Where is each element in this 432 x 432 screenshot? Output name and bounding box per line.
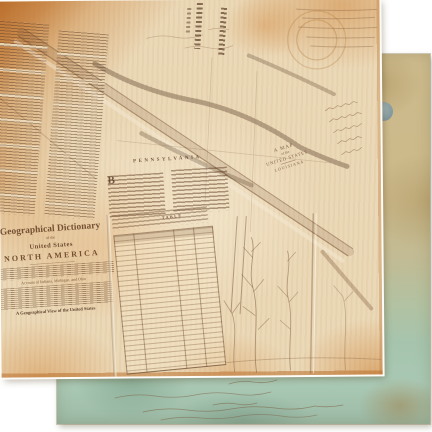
script-marks — [338, 137, 362, 144]
table-grid — [113, 226, 226, 375]
river-engraving — [251, 237, 257, 372]
newspaper-column — [44, 31, 108, 220]
handwriting-line — [161, 415, 317, 421]
newspaper-column — [0, 21, 49, 216]
coastline-stipple — [249, 55, 335, 96]
mountain-ridge-stipple — [323, 251, 373, 309]
front-sheet: PENNSYLVANIA B Geographical Dictionary o… — [0, 0, 383, 378]
handwriting-line — [229, 380, 277, 384]
river-engraving — [334, 286, 354, 370]
script-marks — [329, 113, 361, 122]
dropcap-letter: B — [107, 174, 115, 186]
script-marks — [333, 124, 361, 133]
handwriting-line — [213, 403, 257, 405]
river-engraving — [287, 251, 291, 370]
script-marks — [342, 148, 362, 155]
handwriting-line — [115, 392, 271, 398]
script-marks — [325, 102, 357, 111]
river-branches — [241, 242, 269, 329]
handwriting-line — [143, 405, 343, 412]
river-branches — [278, 252, 299, 329]
shoreline — [225, 357, 380, 362]
census-table-page: TABLE — [109, 204, 228, 378]
product-photo: PENNSYLVANIA B Geographical Dictionary o… — [0, 0, 432, 432]
ring-stain — [297, 20, 337, 60]
newspaper-clipping — [0, 21, 119, 230]
page-sliver-lines — [230, 217, 247, 314]
